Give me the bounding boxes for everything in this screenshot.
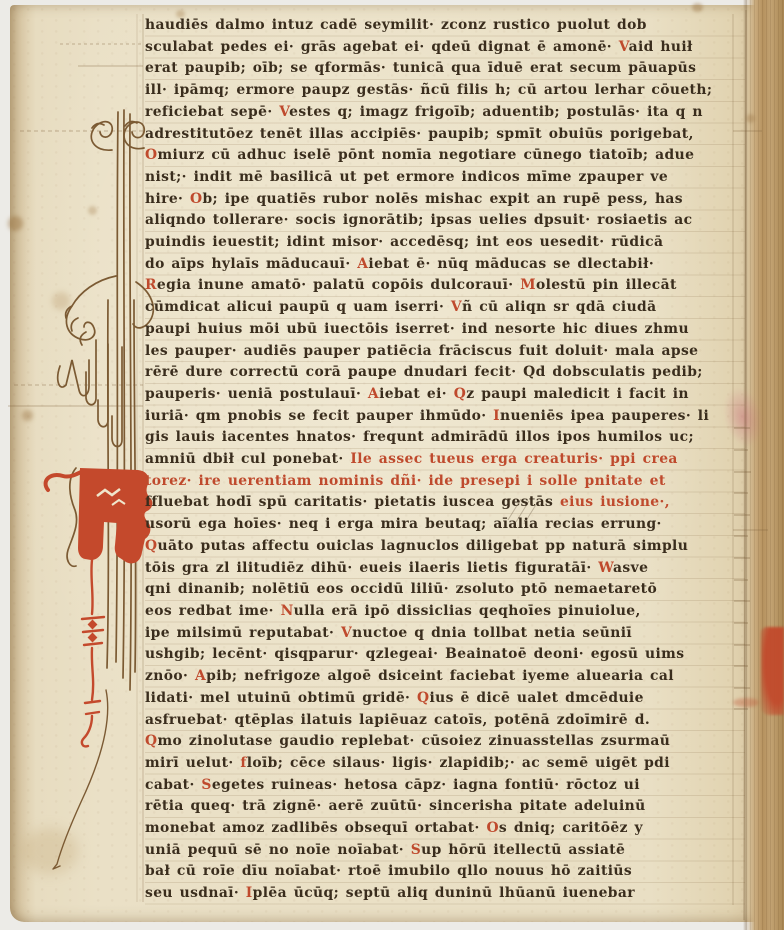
rubric-text: V bbox=[619, 39, 629, 55]
ink-text: ipe milsimū reputabat· bbox=[145, 625, 341, 641]
manuscript-line: les pauper· audiēs pauper patiēcia frāci… bbox=[145, 341, 739, 363]
ink-text: s dniq; caritōēz y bbox=[499, 820, 643, 836]
ink-text: seu usdnaī· bbox=[145, 885, 246, 901]
manuscript-line: nist;· indit mē basilicā ut pet ermore i… bbox=[145, 167, 739, 189]
rubric-text: Q bbox=[417, 690, 429, 706]
ink-text: plēa ūcūq; septū aliq duninū lhūanū iuen… bbox=[253, 885, 635, 901]
manuscript-line: uniā pequū sē no noīe noīabat· Sup hōrū … bbox=[145, 840, 739, 862]
rubric-text: eius iusione·, bbox=[560, 494, 670, 510]
ink-text: bał cū roīe dīu noīabat· rtoē imubilo ql… bbox=[145, 863, 632, 879]
ink-text: olestū pin illecāt bbox=[536, 277, 677, 293]
ink-text: gis lauis iacentes hnatos· frequnt admir… bbox=[145, 429, 694, 445]
rubric-text: S bbox=[201, 777, 211, 793]
manuscript-line: usorū ega hoīes· neq i erga mira beutaq;… bbox=[145, 514, 739, 536]
ink-text: znōo· bbox=[145, 668, 195, 684]
manuscript-line: mirī uelut· floīb; cēce silaus· ligis· z… bbox=[145, 753, 739, 775]
manuscript-line: do aīps hylaīs māducauī· Aiebat ē· nūq m… bbox=[145, 254, 739, 276]
ink-text: nist;· indit mē basilicā ut pet ermore i… bbox=[145, 169, 668, 185]
rubric-text: I bbox=[246, 885, 253, 901]
rubric-text: M bbox=[520, 277, 536, 293]
manuscript-line: hire· Ob; ipe quatiēs rubor nolēs mishac… bbox=[145, 189, 739, 211]
book-page-edges bbox=[746, 0, 784, 930]
rubric-text: V bbox=[279, 104, 289, 120]
manuscript-line: pauperis· ueniā postulauī· Aiebat ei· Qz… bbox=[145, 384, 739, 406]
manuscript-line: haudiēs dalmo intuz cadē seymilit· zconz… bbox=[145, 15, 739, 37]
ink-text: rētia queq· trā zignē· aerē zuūtū· since… bbox=[145, 798, 646, 814]
manuscript-line: rētia queq· trā zignē· aerē zuūtū· since… bbox=[145, 796, 739, 818]
manuscript-line: cabat· Segetes ruineas· hetosa cāpz· iag… bbox=[145, 775, 739, 797]
manuscript-line: bał cū roīe dīu noīabat· rtoē imubilo ql… bbox=[145, 861, 739, 883]
rubric-text: V bbox=[451, 299, 462, 315]
ink-text: estes q; imagz frigoīb; aduentib; postul… bbox=[289, 104, 703, 120]
ink-text: monebat amoz zadlibēs obsequī ortabat· bbox=[145, 820, 486, 836]
ink-text: z paupi maledicit i facit in bbox=[466, 386, 689, 402]
manuscript-line: eos redbat ime· Nulla erā ipō dissiclias… bbox=[145, 601, 739, 623]
manuscript-line: paupi huius mōi ubū iuectōis iserret· in… bbox=[145, 319, 739, 341]
ink-text: hire· bbox=[145, 191, 190, 207]
manuscript-line: tōis gra zl ilitudiēz dihū· eueis ilaeri… bbox=[145, 558, 739, 580]
ink-text: eos redbat ime· bbox=[145, 603, 281, 619]
ink-text: paupi huius mōi ubū iuectōis iserret· in… bbox=[145, 321, 689, 337]
rubric-text: Ile assec tueus erga creaturis· ppi crea bbox=[350, 451, 677, 467]
ink-text: b; ipe quatiēs rubor nolēs mishac expit … bbox=[202, 191, 683, 207]
manuscript-line: reficiebat sepē· Vestes q; imagz frigoīb… bbox=[145, 102, 739, 124]
manuscript-line: amniū dbił cul ponebat· Ile assec tueus … bbox=[145, 449, 739, 471]
ink-text: egia inune amatō· palatū copōis dulcorau… bbox=[157, 277, 520, 293]
ink-text: ulla erā ipō dissiclias qeqhoīes pinuiol… bbox=[294, 603, 641, 619]
ink-text: nuctoe q dnia tollbat netia seūniī bbox=[352, 625, 632, 641]
ink-text: mirī uelut· bbox=[145, 755, 240, 771]
rubric-text: Q bbox=[145, 538, 157, 554]
rubric-text: Q bbox=[145, 733, 157, 749]
ink-text: erat paupib; oīb; se qformās· tunicā qua… bbox=[145, 60, 696, 76]
ink-text: cūmdicat alicui paupū q uam iserri· bbox=[145, 299, 451, 315]
manuscript-line: cūmdicat alicui paupū q uam iserri· Vñ c… bbox=[145, 297, 739, 319]
manuscript-line: ipe milsimū reputabat· Vnuctoe q dnia to… bbox=[145, 623, 739, 645]
rubric-text: R bbox=[145, 277, 157, 293]
manuscript-line: znōo· Apib; nefrigoze algoē dsiceint fac… bbox=[145, 666, 739, 688]
manuscript-line: Omiurz cū adhuc iselē pōnt nomīa negotia… bbox=[145, 145, 739, 167]
rubric-text: N bbox=[281, 603, 294, 619]
scanned-manuscript: { "page": { "kind": "medieval manuscript… bbox=[0, 0, 784, 930]
ink-text: nueniēs ipea pauperes· li bbox=[500, 408, 709, 424]
ink-text: miurz cū adhuc iselē pōnt nomīa negotiar… bbox=[157, 147, 694, 163]
ink-text: usorū ega hoīes· neq i erga mira beutaq;… bbox=[145, 516, 662, 532]
ink-text: ius ē dicē ualet dmcēduie bbox=[429, 690, 643, 706]
rubric-text: O bbox=[145, 147, 157, 163]
ink-text: puindis ieuestit; idint misor· accedēsq;… bbox=[145, 234, 663, 250]
ink-text: asve bbox=[613, 560, 648, 576]
rubric-text: V bbox=[341, 625, 352, 641]
manuscript-line: qni dinanib; nolētiū eos occidū liliū· z… bbox=[145, 579, 739, 601]
ink-text: ffluebat hodī spū caritatis· pietatis iu… bbox=[145, 494, 560, 510]
manuscript-line: torez· ire uerentiam nominis dñi· ide pr… bbox=[145, 471, 739, 493]
ink-text: aid huił bbox=[629, 39, 693, 55]
ink-text: qni dinanib; nolētiū eos occidū liliū· z… bbox=[145, 581, 657, 597]
rubric-text: W bbox=[598, 560, 613, 576]
manuscript-line: aliqndo tollerare· socis ignorātib; ipsa… bbox=[145, 210, 739, 232]
manuscript-line: adrestitutōez tenēt illas accipiēs· paup… bbox=[145, 124, 739, 146]
manuscript-line: iuriā· qm pnobis se fecit pauper ihmūdo·… bbox=[145, 406, 739, 428]
ink-text: up hōrū itellectū assiatē bbox=[421, 842, 625, 858]
rubric-text: S bbox=[411, 842, 421, 858]
rubric-text: O bbox=[486, 820, 498, 836]
ink-text: rērē dure correctū corā paupe dnudari fe… bbox=[145, 364, 703, 380]
ink-text: ushgib; lecēnt· qisqparur· qzlegeai· Bea… bbox=[145, 646, 684, 662]
manuscript-line: rērē dure correctū corā paupe dnudari fe… bbox=[145, 362, 739, 384]
manuscript-line: ffluebat hodī spū caritatis· pietatis iu… bbox=[145, 492, 739, 514]
ink-text: sculabat pedes ei· grās agebat ei· qdeū … bbox=[145, 39, 619, 55]
ink-text: pib; nefrigoze algoē dsiceint faciebat i… bbox=[206, 668, 674, 684]
manuscript-line: lidati· mel utuinū obtimū gridē· Qius ē … bbox=[145, 688, 739, 710]
rubric-text: O bbox=[190, 191, 202, 207]
rubric-text: Q bbox=[454, 386, 466, 402]
ink-text: cabat· bbox=[145, 777, 201, 793]
rubric-text: A bbox=[368, 386, 379, 402]
manuscript-line: gis lauis iacentes hnatos· frequnt admir… bbox=[145, 427, 739, 449]
ink-text: adrestitutōez tenēt illas accipiēs· paup… bbox=[145, 126, 694, 142]
manuscript-line: asfruebat· qtēplas ilatuis lapiēuaz cato… bbox=[145, 710, 739, 732]
ink-text: iuriā· qm pnobis se fecit pauper ihmūdo· bbox=[145, 408, 493, 424]
manuscript-line: ushgib; lecēnt· qisqparur· qzlegeai· Bea… bbox=[145, 644, 739, 666]
ink-text: egetes ruineas· hetosa cāpz· iagna fonti… bbox=[212, 777, 640, 793]
rubric-text: A bbox=[357, 256, 368, 272]
manuscript-line: Qmo zinolutase gaudio replebat· cūsoiez … bbox=[145, 731, 739, 753]
ink-text: aliqndo tollerare· socis ignorātib; ipsa… bbox=[145, 212, 692, 228]
ink-text: do aīps hylaīs māducauī· bbox=[145, 256, 357, 272]
ink-text: asfruebat· qtēplas ilatuis lapiēuaz cato… bbox=[145, 712, 650, 728]
manuscript-line: sculabat pedes ei· grās agebat ei· qdeū … bbox=[145, 37, 739, 59]
ink-text: uniā pequū sē no noīe noīabat· bbox=[145, 842, 411, 858]
ink-text: amniū dbił cul ponebat· bbox=[145, 451, 350, 467]
red-showthrough-page-edge bbox=[761, 627, 784, 715]
ink-text: iebat ei· bbox=[379, 386, 454, 402]
ink-text: ill· ipāmq; ermore paupz gestās· ñcū fil… bbox=[145, 82, 712, 98]
ink-text: reficiebat sepē· bbox=[145, 104, 279, 120]
manuscript-line: ill· ipāmq; ermore paupz gestās· ñcū fil… bbox=[145, 80, 739, 102]
ink-text: iebat ē· nūq māducas se dlectabił· bbox=[368, 256, 654, 272]
text-block: haudiēs dalmo intuz cadē seymilit· zconz… bbox=[145, 15, 745, 913]
manuscript-line: erat paupib; oīb; se qformās· tunicā qua… bbox=[145, 58, 739, 80]
ink-text: loīb; cēce silaus· ligis· zlapidib;· ac … bbox=[247, 755, 670, 771]
manuscript-line: Regia inune amatō· palatū copōis dulcora… bbox=[145, 275, 739, 297]
ink-text: les pauper· audiēs pauper patiēcia frāci… bbox=[145, 343, 698, 359]
ink-text: ñ cū aliqn sr qdā ciudā bbox=[462, 299, 656, 315]
ink-text: pauperis· ueniā postulauī· bbox=[145, 386, 368, 402]
manuscript-line: monebat amoz zadlibēs obsequī ortabat· O… bbox=[145, 818, 739, 840]
ink-text: uāto putas affectu ouiclas lagnuclos dil… bbox=[157, 538, 688, 554]
ink-text: lidati· mel utuinū obtimū gridē· bbox=[145, 690, 417, 706]
rubric-text: I bbox=[493, 408, 500, 424]
rubric-text: A bbox=[195, 668, 206, 684]
ink-text: haudiēs dalmo intuz cadē seymilit· zconz… bbox=[145, 17, 647, 33]
ink-text: mo zinolutase gaudio replebat· cūsoiez z… bbox=[157, 733, 670, 749]
manuscript-line: puindis ieuestit; idint misor· accedēsq;… bbox=[145, 232, 739, 254]
ink-text: tōis gra zl ilitudiēz dihū· eueis ilaeri… bbox=[145, 560, 598, 576]
rubric-text: torez· ire uerentiam nominis dñi· ide pr… bbox=[145, 473, 666, 489]
manuscript-line: Quāto putas affectu ouiclas lagnuclos di… bbox=[145, 536, 739, 558]
manuscript-line: seu usdnaī· Iplēa ūcūq; septū aliq dunin… bbox=[145, 883, 739, 905]
